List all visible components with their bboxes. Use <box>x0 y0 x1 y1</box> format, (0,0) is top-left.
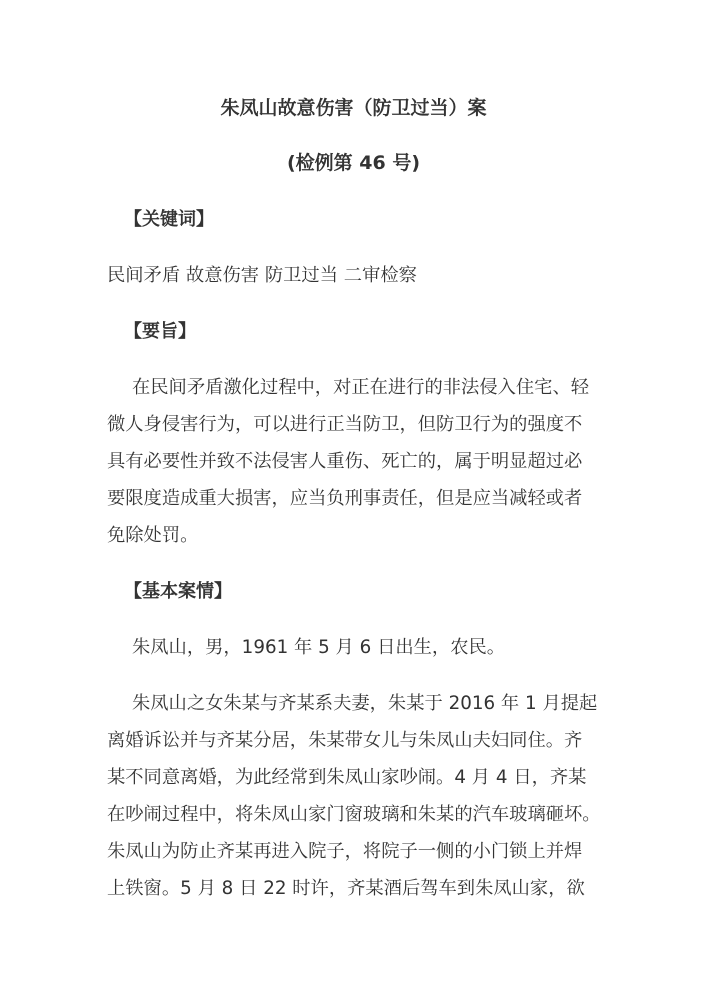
facts-line: 朱凤山之女朱某与齐某系夫妻，朱某于 2016 年 1 月提起 <box>132 689 597 715</box>
facts-heading: 【基本案情】 <box>124 577 232 603</box>
facts-intro: 朱凤山，男，1961 年 5 月 6 日出生，农民。 <box>132 633 505 659</box>
gist-line: 微人身侵害行为，可以进行正当防卫，但防卫行为的强度不 <box>107 410 582 436</box>
gist-line: 要限度造成重大损害，应当负刑事责任，但是应当减轻或者 <box>107 484 582 510</box>
facts-line: 离婚诉讼并与齐某分居，朱某带女儿与朱凤山夫妇同住。齐 <box>107 726 582 752</box>
facts-line: 朱凤山为防止齐某再进入院子，将院子一侧的小门锁上并焊 <box>107 837 582 863</box>
keywords-heading: 【关键词】 <box>124 205 214 231</box>
keywords-text: 民间矛盾 故意伤害 防卫过当 二审检察 <box>107 261 417 287</box>
facts-line: 在吵闹过程中，将朱凤山家门窗玻璃和朱某的汽车玻璃砸坏。 <box>107 800 601 826</box>
document-page: 朱凤山故意伤害（防卫过当）案 (检例第 46 号) 【关键词】 民间矛盾 故意伤… <box>0 0 707 999</box>
facts-line: 上铁窗。5 月 8 日 22 时许，齐某酒后驾车到朱凤山家，欲 <box>107 874 585 900</box>
gist-line: 免除处罚。 <box>107 521 198 547</box>
case-number: (检例第 46 号) <box>0 148 707 175</box>
gist-heading: 【要旨】 <box>124 317 196 343</box>
case-title: 朱凤山故意伤害（防卫过当）案 <box>0 93 707 120</box>
facts-line: 某不同意离婚，为此经常到朱凤山家吵闹。4 月 4 日，齐某 <box>107 763 586 789</box>
gist-line: 具有必要性并致不法侵害人重伤、死亡的，属于明显超过必 <box>107 447 582 473</box>
gist-line: 在民间矛盾激化过程中，对正在进行的非法侵入住宅、轻 <box>132 373 589 399</box>
